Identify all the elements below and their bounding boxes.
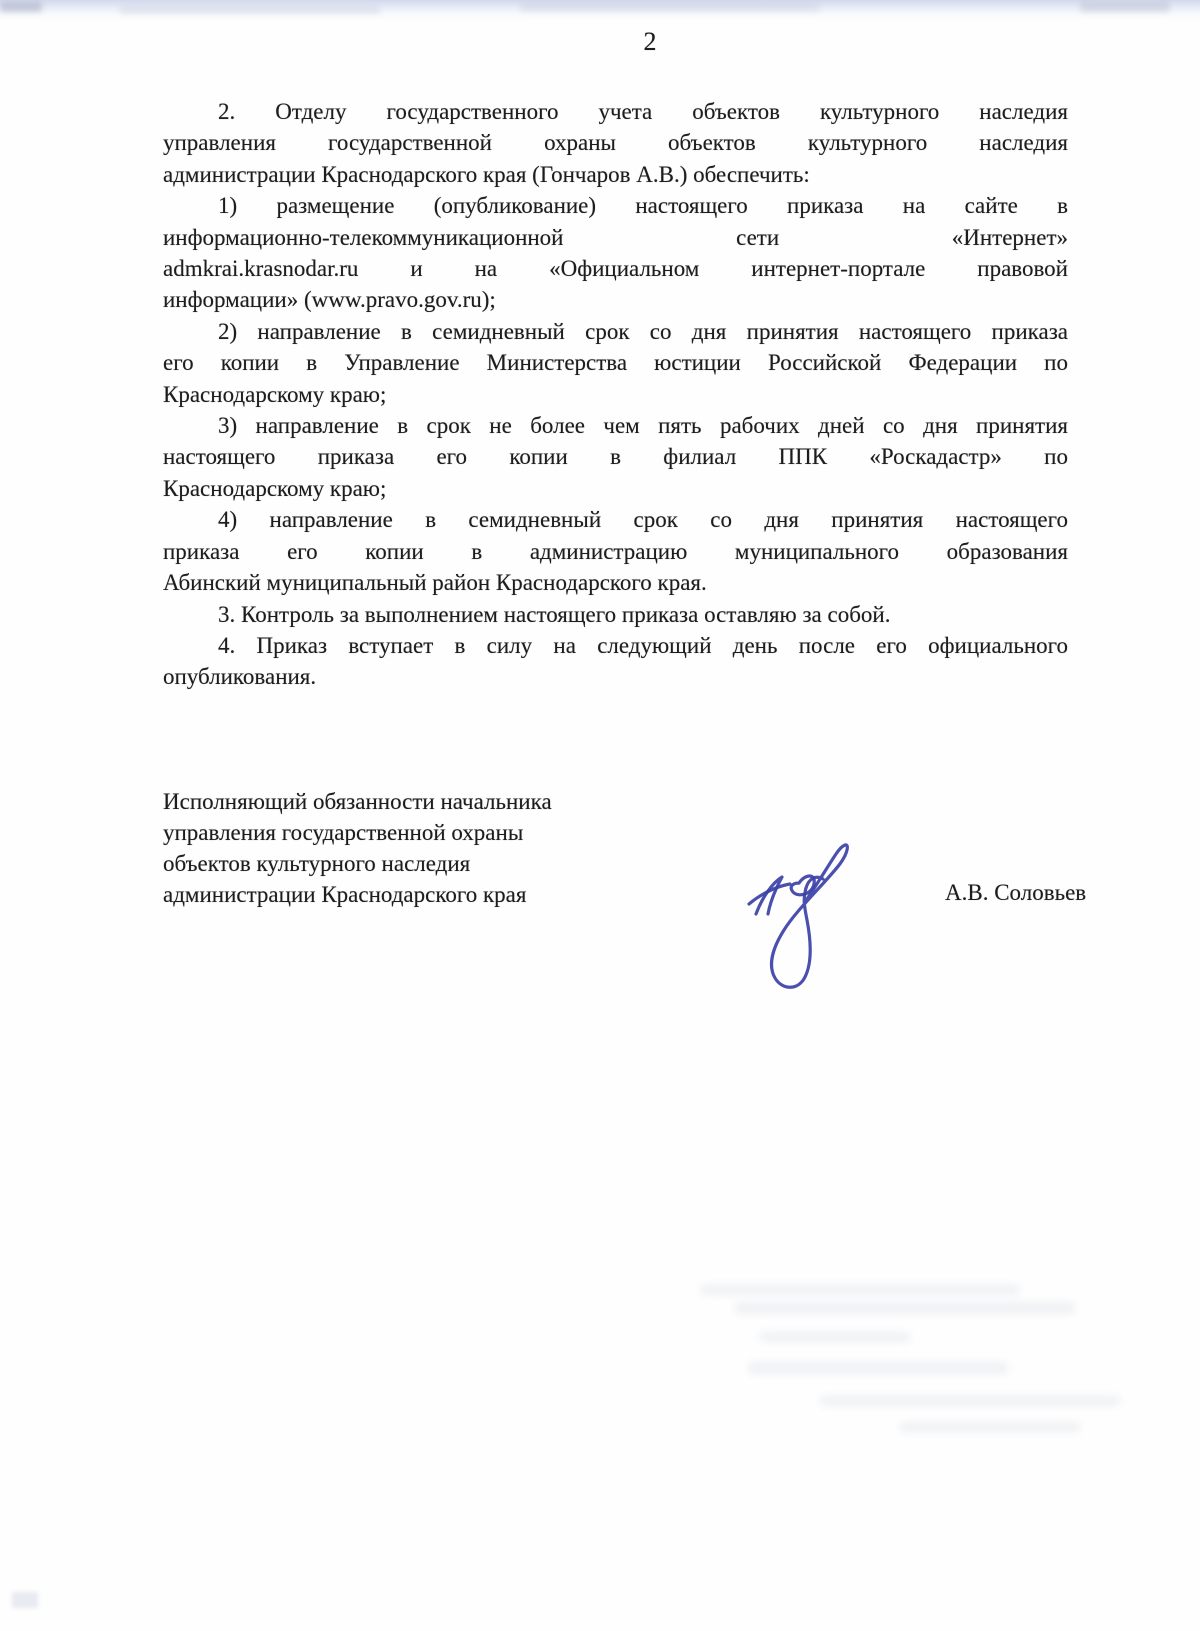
bleed-mark <box>735 1302 1075 1314</box>
paragraph: 3. Контроль за выполнением настоящего пр… <box>163 599 1068 630</box>
signatory-position: Исполняющий обязанности начальника управ… <box>163 786 783 910</box>
scan-streak <box>520 3 820 12</box>
bleed-mark <box>748 1362 1008 1374</box>
signatory-position-line: Исполняющий обязанности начальника <box>163 786 783 817</box>
scan-artifact-band <box>0 0 1200 22</box>
paragraph: 2. Отделу государственного учета объекто… <box>163 96 1068 190</box>
paragraph: 4) направление в семидневный срок со дня… <box>163 504 1068 598</box>
signatory-name: А.В. Соловьев <box>945 877 1086 908</box>
paragraph-line: опубликования. <box>163 661 1068 692</box>
bleed-mark <box>700 1285 1020 1295</box>
paragraph-line: admkrai.krasnodar.ru и на «Официальном и… <box>163 253 1068 284</box>
paragraph: 2) направление в семидневный срок со дня… <box>163 316 1068 410</box>
paragraph: 3) направление в срок не более чем пять … <box>163 410 1068 504</box>
signature-stroke <box>772 845 848 987</box>
page-number: 2 <box>0 27 1200 57</box>
paragraph-line: администрации Краснодарского края (Гонча… <box>163 159 1068 190</box>
signatory-position-line: объектов культурного наследия <box>163 848 783 879</box>
bleed-mark <box>760 1332 910 1342</box>
paragraph-line: его копии в Управление Министерства юсти… <box>163 347 1068 378</box>
paragraph-line: 1) размещение (опубликование) настоящего… <box>163 190 1068 221</box>
scan-streak <box>1080 2 1170 12</box>
paragraph-line: 2. Отделу государственного учета объекто… <box>163 96 1068 127</box>
paragraph-line: информационно-телекоммуникационной сети … <box>163 222 1068 253</box>
paragraph-line: настоящего приказа его копии в филиал ПП… <box>163 441 1068 472</box>
signatory-position-line: управления государственной охраны <box>163 817 783 848</box>
signatory-position-line: администрации Краснодарского края <box>163 879 783 910</box>
paragraph-line: 3) направление в срок не более чем пять … <box>163 410 1068 441</box>
paragraph-line: приказа его копии в администрацию муници… <box>163 536 1068 567</box>
paragraph-line: Краснодарскому краю; <box>163 379 1068 410</box>
scan-streak <box>0 2 42 12</box>
paragraph: 1) размещение (опубликование) настоящего… <box>163 190 1068 316</box>
scan-smudge <box>12 1592 38 1608</box>
paragraph-line: 4) направление в семидневный срок со дня… <box>163 504 1068 535</box>
paragraph-line: информации» (www.pravo.gov.ru); <box>163 284 1068 315</box>
paragraph-line: Краснодарскому краю; <box>163 473 1068 504</box>
paragraph-line: 3. Контроль за выполнением настоящего пр… <box>163 599 1068 630</box>
handwritten-signature <box>742 828 864 998</box>
paragraph-line: управления государственной охраны объект… <box>163 127 1068 158</box>
paragraph-line: Абинский муниципальный район Краснодарск… <box>163 567 1068 598</box>
document-page: 2 2. Отделу государственного учета объек… <box>0 0 1200 1631</box>
bleed-mark <box>820 1396 1120 1406</box>
document-body: 2. Отделу государственного учета объекто… <box>163 96 1068 693</box>
scan-streak <box>120 6 380 14</box>
paragraph-line: 4. Приказ вступает в силу на следующий д… <box>163 630 1068 661</box>
paragraph-line: 2) направление в семидневный срок со дня… <box>163 316 1068 347</box>
bleed-mark <box>900 1422 1080 1432</box>
paragraph: 4. Приказ вступает в силу на следующий д… <box>163 630 1068 693</box>
